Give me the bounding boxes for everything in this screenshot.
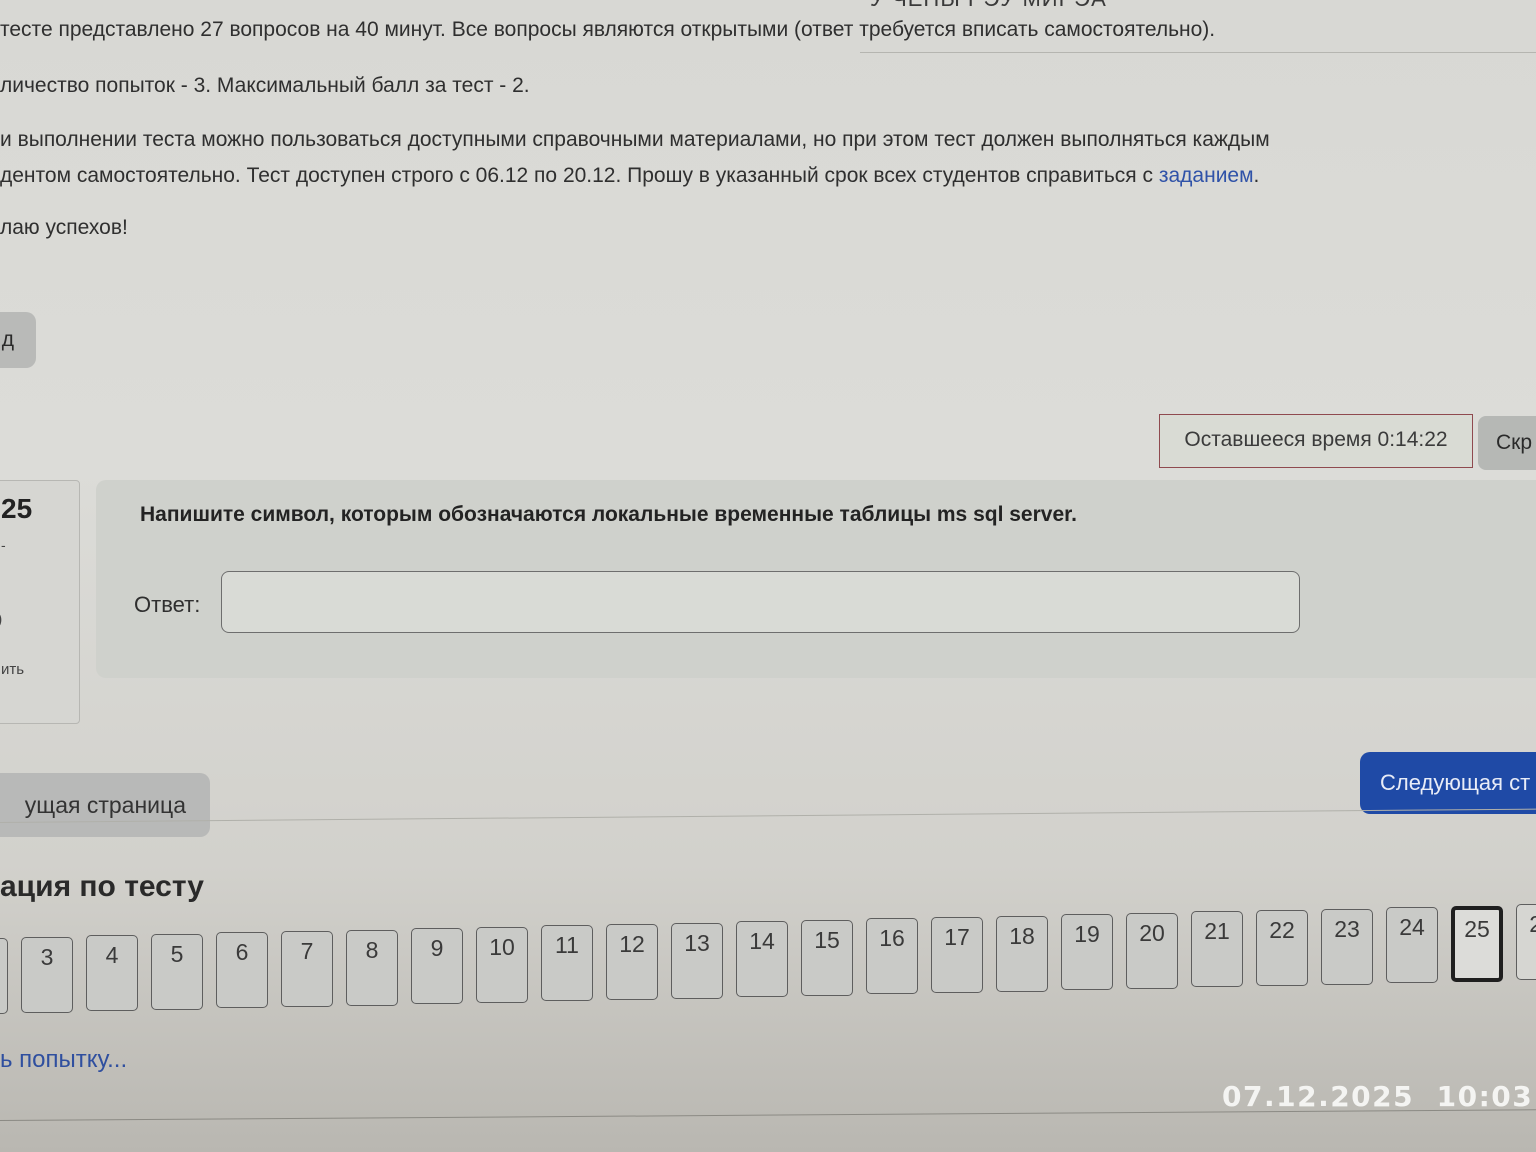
quiz-nav-question-16[interactable]: 16 [866, 918, 918, 994]
quiz-navigation-grid: 2345678910111213141516171819202122232425… [0, 910, 1536, 1020]
question-number: 25 [1, 493, 32, 525]
photo-timestamp: 07.12.2025 10:03 [1222, 1080, 1533, 1113]
quiz-nav-question-8[interactable]: 8 [346, 930, 398, 1006]
quiz-nav-question-19[interactable]: 19 [1061, 914, 1113, 990]
quiz-nav-question-12[interactable]: 12 [606, 924, 658, 1000]
quiz-nav-question-15[interactable]: 15 [801, 920, 853, 996]
header-divider [860, 52, 1536, 53]
hide-timer-button[interactable]: Скр [1478, 416, 1536, 470]
quiz-nav-question-21[interactable]: 21 [1191, 911, 1243, 987]
quiz-nav-question-22[interactable]: 22 [1256, 910, 1308, 986]
answer-label: Ответ: [134, 592, 200, 618]
intro-line-questions: тесте представлено 27 вопросов на 40 мин… [0, 18, 1215, 42]
quiz-nav-question-7[interactable]: 7 [281, 931, 333, 1007]
quiz-nav-question-26[interactable]: 26 [1516, 904, 1536, 980]
question-text: Напишите символ, которым обозначаются ло… [140, 503, 1077, 527]
intro-line-wishes: лаю успехов! [0, 216, 128, 240]
intro-line-rules: и выполнении теста можно пользоваться до… [0, 128, 1270, 152]
quiz-nav-question-9[interactable]: 9 [411, 928, 463, 1004]
intro-line-attempts: личество попыток - 3. Максимальный балл … [0, 74, 530, 98]
question-status: - [1, 537, 6, 553]
quiz-nav-question-23[interactable]: 23 [1321, 909, 1373, 985]
quiz-nav-question-2[interactable]: 2 [0, 938, 8, 1014]
flag-question-link[interactable]: ить [1, 661, 24, 678]
quiz-nav-question-4[interactable]: 4 [86, 935, 138, 1011]
quiz-nav-question-10[interactable]: 10 [476, 927, 528, 1003]
quiz-nav-question-24[interactable]: 24 [1386, 907, 1438, 983]
next-page-button[interactable]: Следующая ст [1360, 752, 1536, 814]
quiz-nav-question-17[interactable]: 17 [931, 917, 983, 993]
question-mark: ) [0, 611, 2, 629]
quiz-navigation-title: ация по тесту [0, 870, 204, 904]
quiz-nav-question-14[interactable]: 14 [736, 921, 788, 997]
quiz-nav-question-18[interactable]: 18 [996, 916, 1048, 992]
answer-input[interactable] [221, 571, 1300, 633]
quiz-nav-question-6[interactable]: 6 [216, 932, 268, 1008]
previous-page-button[interactable]: ущая страница [0, 773, 210, 837]
quiz-nav-question-11[interactable]: 11 [541, 925, 593, 1001]
task-link[interactable]: заданием [1159, 164, 1254, 187]
quiz-nav-question-3[interactable]: 3 [21, 937, 73, 1013]
quiz-nav-question-13[interactable]: 13 [671, 923, 723, 999]
intro-line-dates: дентом самостоятельно. Тест доступен стр… [0, 164, 1259, 188]
quiz-nav-question-25[interactable]: 25 [1451, 906, 1503, 982]
quiz-nav-question-5[interactable]: 5 [151, 934, 203, 1010]
course-title-fragment: У ЧЕНЫ РЭУ МИРЭА [870, 0, 1107, 12]
section-divider [0, 809, 1536, 823]
question-info-panel: 25 - ) ить [0, 480, 80, 724]
quiz-nav-question-20[interactable]: 20 [1126, 913, 1178, 989]
finish-attempt-link[interactable]: ь попытку... [0, 1046, 127, 1074]
time-remaining: Оставшееся время 0:14:22 [1159, 414, 1473, 468]
start-button[interactable]: д [0, 312, 36, 368]
